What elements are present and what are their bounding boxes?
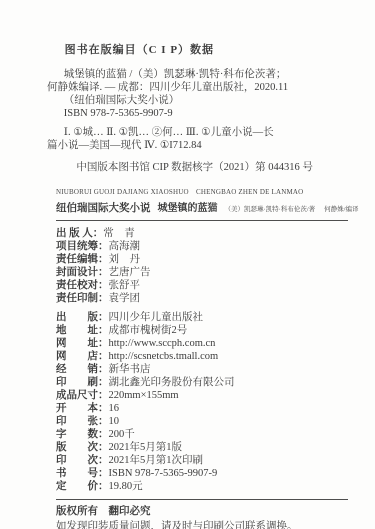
credit-label: 责任印制： [56, 292, 109, 305]
publishing-label: 地 址： [56, 324, 109, 337]
credit-row-print-supervisor: 责任印制：袁学团 [56, 292, 348, 305]
publishing-value: 2021年5月第1版 [109, 441, 183, 454]
cip-line-title: 城堡镇的蓝猫 /（美）凯瑟琳·凯特·科布伦茨著； [47, 68, 348, 81]
publishing-label: 开 本： [56, 402, 109, 415]
publishing-row-printer: 印 刷：湖北鑫光印务股份有限公司 [56, 376, 348, 389]
divider-bottom [56, 499, 348, 500]
publishing-url: http://scsnetcbs.tmall.com [109, 350, 219, 363]
publishing-value: ISBN 978-7-5365-9907-9 [109, 467, 218, 480]
publishing-label: 定 价： [56, 480, 109, 493]
publishing-row-word-count: 字 数：200千 [56, 428, 348, 441]
series-name: 纽伯瑞国际大奖小说 [56, 203, 151, 214]
publishing-value: 16 [109, 402, 120, 415]
credit-label: 封面设计： [56, 266, 109, 279]
publishing-value: 220mm×155mm [109, 389, 179, 402]
credit-label: 项目统筹： [56, 240, 109, 253]
publishing-row-printing: 印 次：2021年5月第1次印刷 [56, 454, 348, 467]
publishing-label: 字 数： [56, 428, 109, 441]
publishing-label: 网 店： [56, 350, 109, 363]
quality-notice: 如发现印装质量问题，请及时与印刷公司联系调换。 [56, 520, 348, 529]
cip-line-publisher: 何静姝编译. — 成都：四川少年儿童出版社，2020.11 [47, 81, 348, 94]
classification-line-1: Ⅰ. ①城… Ⅱ. ①凯… ②何… Ⅲ. ①儿童小说—长 [47, 126, 348, 139]
book-title: 城堡镇的蓝猫 [158, 203, 218, 214]
publishing-value: 湖北鑫光印务股份有限公司 [109, 376, 235, 389]
publishing-value: 四川少年儿童出版社 [109, 311, 204, 324]
credit-row-editor: 责任编辑：刘 丹 [56, 253, 348, 266]
cip-line-series: （纽伯瑞国际大奖小说） [47, 94, 348, 107]
credit-value: 艺唐广告 [109, 266, 151, 279]
credit-label: 出 版 人： [56, 227, 103, 240]
publishing-label: 经 销： [56, 363, 109, 376]
credit-row-proofreader: 责任校对：张舒平 [56, 279, 348, 292]
publishing-row-address: 地 址：成都市槐树街2号 [56, 324, 348, 337]
publishing-label: 出 版： [56, 311, 109, 324]
copyright-page: 图书在版编目（C I P）数据 城堡镇的蓝猫 /（美）凯瑟琳·凯特·科布伦茨著；… [0, 0, 375, 529]
publishing-url: http://www.sccph.com.cn [109, 337, 216, 350]
publishing-label: 印 刷： [56, 376, 109, 389]
credit-row-publisher-person: 出 版 人：常 青 [56, 227, 348, 240]
publishing-label: 印 次： [56, 454, 109, 467]
credits-list: 出 版 人：常 青 项目统筹：高海潮 责任编辑：刘 丹 封面设计：艺唐广告 责任… [56, 227, 348, 305]
publishing-row-trim-size: 成品尺寸：220mm×155mm [56, 389, 348, 402]
cip-classification: Ⅰ. ①城… Ⅱ. ①凯… ②何… Ⅲ. ①儿童小说—长 篇小说—美国—现代 Ⅳ… [47, 126, 348, 152]
credit-label: 责任编辑： [56, 253, 109, 266]
publishing-row-distributor: 经 销：新华书店 [56, 363, 348, 376]
cip-record-number: 中国版本图书馆 CIP 数据核字（2021）第 044316 号 [47, 161, 348, 174]
pinyin-title: NIUBORUI GUOJI DAJIANG XIAOSHUO CHENGBAO… [56, 188, 348, 197]
classification-line-2: 篇小说—美国—现代 Ⅳ. ①I712.84 [47, 139, 348, 152]
credit-value: 袁学团 [109, 292, 141, 305]
publishing-value: 19.80元 [109, 480, 143, 493]
author-credit: （美）凯瑟琳·凯特·科布伦茨/著 [225, 206, 316, 213]
publishing-row-publisher: 出 版：四川少年儿童出版社 [56, 311, 348, 324]
credit-value: 张舒平 [109, 279, 141, 292]
publishing-list: 出 版：四川少年儿童出版社 地 址：成都市槐树街2号 网 址：http://ww… [56, 311, 348, 493]
publishing-label: 书 号： [56, 467, 109, 480]
copyright-statement: 版权所有 翻印必究 [56, 505, 348, 518]
publishing-row-format: 开 本：16 [56, 402, 348, 415]
publishing-label: 版 次： [56, 441, 109, 454]
publishing-label: 成品尺寸： [56, 389, 109, 402]
publishing-row-edition: 版 次：2021年5月第1版 [56, 441, 348, 454]
title-line: 纽伯瑞国际大奖小说城堡镇的蓝猫（美）凯瑟琳·凯特·科布伦茨/著何静姝/编译 [56, 200, 348, 216]
credit-row-cover-design: 封面设计：艺唐广告 [56, 266, 348, 279]
publishing-row-website: 网 址：http://www.sccph.com.cn [56, 337, 348, 350]
publishing-row-price: 定 价：19.80元 [56, 480, 348, 493]
translator-credit: 何静姝/编译 [324, 206, 358, 213]
credit-value: 高海潮 [109, 240, 141, 253]
publishing-row-isbn: 书 号：ISBN 978-7-5365-9907-9 [56, 467, 348, 480]
publishing-value: 2021年5月第1次印刷 [109, 454, 204, 467]
divider-top [56, 220, 348, 221]
credit-value: 常 青 [103, 227, 135, 240]
publishing-label: 网 址： [56, 337, 109, 350]
publishing-value: 新华书店 [109, 363, 151, 376]
cip-line-isbn: ISBN 978-7-5365-9907-9 [47, 107, 348, 120]
publishing-value: 成都市槐树街2号 [109, 324, 188, 337]
credit-row-project-coordinator: 项目统筹：高海潮 [56, 240, 348, 253]
credit-label: 责任校对： [56, 279, 109, 292]
publishing-value: 10 [109, 415, 120, 428]
publishing-row-online-store: 网 店：http://scsnetcbs.tmall.com [56, 350, 348, 363]
publishing-value: 200千 [109, 428, 135, 441]
colophon-section: NIUBORUI GUOJI DAJIANG XIAOSHUO CHENGBAO… [56, 188, 348, 529]
cip-header: 图书在版编目（C I P）数据 [47, 44, 348, 57]
cip-description: 城堡镇的蓝猫 /（美）凯瑟琳·凯特·科布伦茨著； 何静姝编译. — 成都：四川少… [47, 68, 348, 120]
credit-value: 刘 丹 [109, 253, 141, 266]
publishing-label: 印 张： [56, 415, 109, 428]
publishing-row-sheets: 印 张：10 [56, 415, 348, 428]
